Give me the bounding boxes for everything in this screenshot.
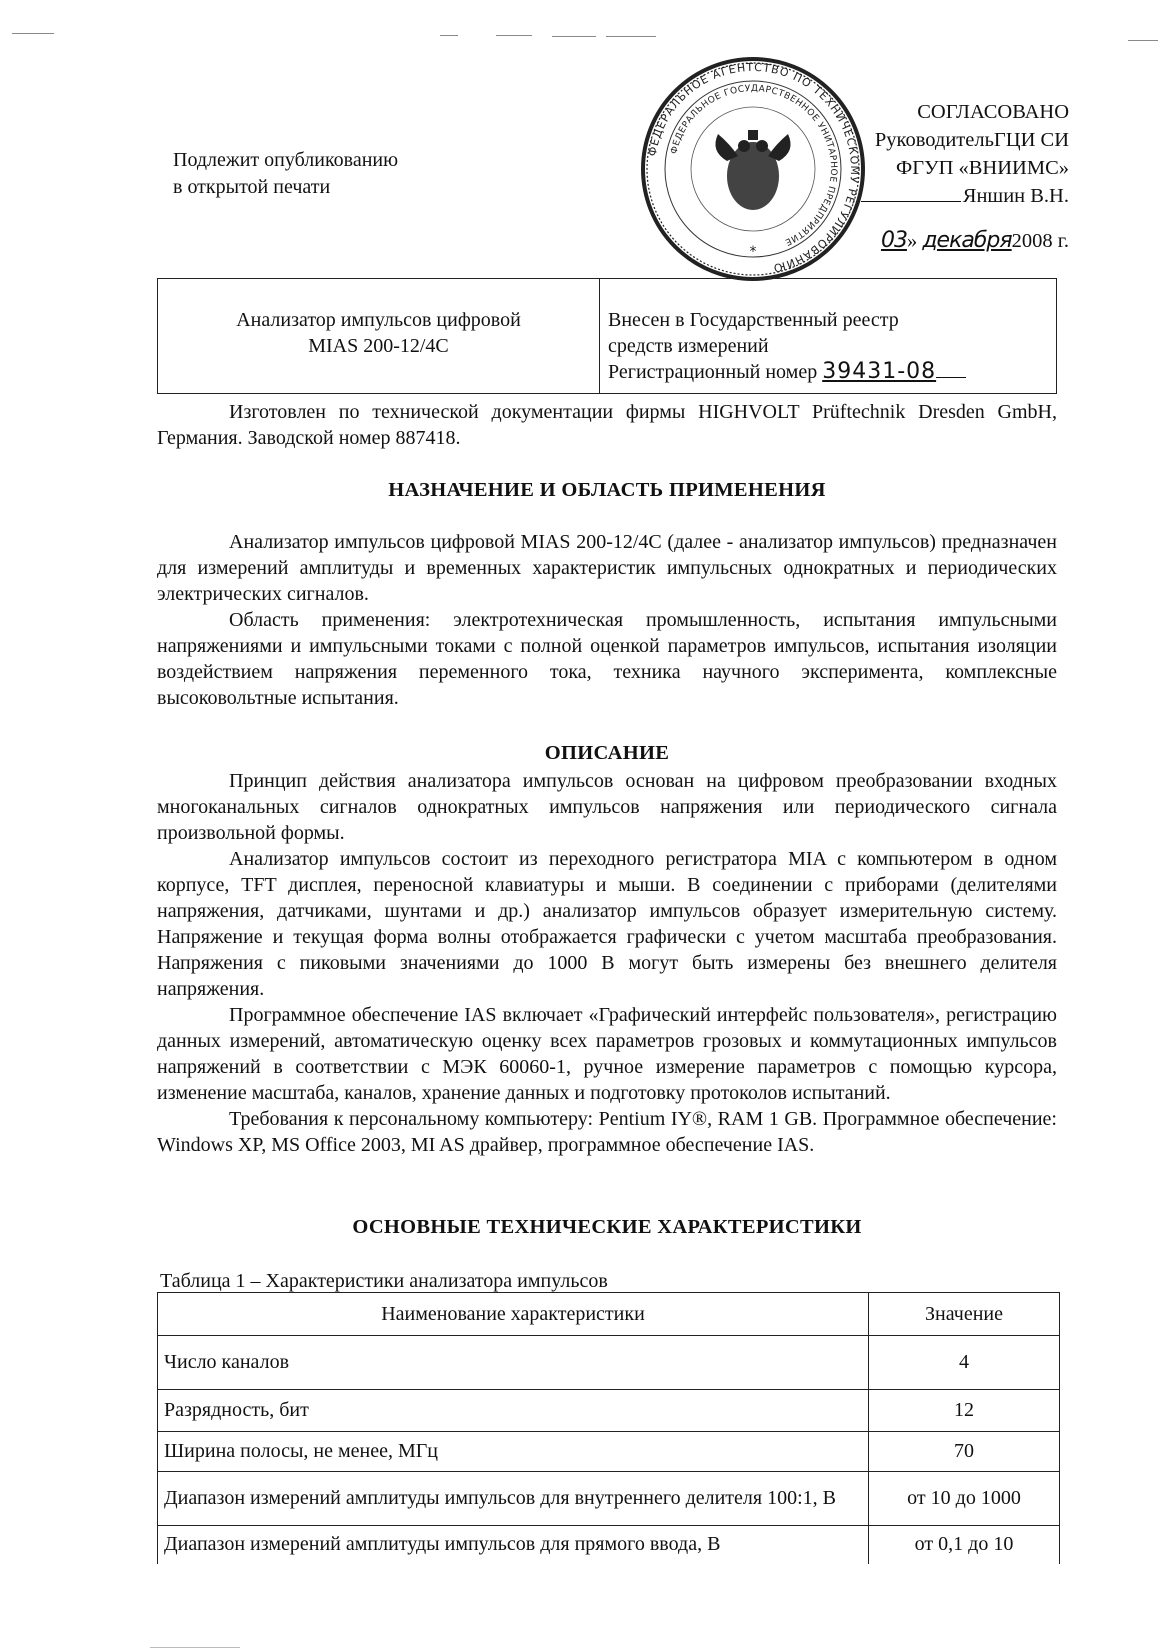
registry-label: Регистрационный номер — [608, 361, 817, 383]
publish-note: Подлежит опубликованию в открытой печати — [173, 147, 398, 201]
paragraph: Анализатор импульсов состоит из переходн… — [157, 846, 1057, 1002]
date-day: 03 — [881, 228, 907, 253]
spec-name: Ширина полосы, не менее, МГц — [158, 1432, 869, 1472]
table-row: Ширина полосы, не менее, МГц 70 — [158, 1432, 1060, 1472]
spec-name: Диапазон измерений амплитуды импульсов д… — [158, 1472, 869, 1526]
paragraph: Область применения: электротехническая п… — [157, 607, 1057, 711]
table-row: Разрядность, бит 12 — [158, 1390, 1060, 1432]
official-stamp-icon: ФЕДЕРАЛЬНОЕ АГЕНТСТВО ПО ТЕХНИЧЕСКОМУ РЕ… — [640, 56, 866, 282]
paragraph: Анализатор импульсов цифровой MIAS 200-1… — [157, 529, 1057, 607]
approval-date: 03» декабря2008 г. — [881, 228, 1069, 253]
table-header-row: Наименование характеристики Значение — [158, 1293, 1060, 1336]
spec-value: 12 — [869, 1390, 1060, 1432]
description-body: Принцип действия анализатора импульсов о… — [157, 768, 1057, 1158]
scan-artifact — [496, 35, 532, 36]
column-header-value: Значение — [869, 1293, 1060, 1336]
registry-number: 39431-08 — [822, 359, 936, 384]
registration-box: Анализатор импульсов цифровой MIAS 200-1… — [157, 278, 1057, 394]
table-row: Число каналов 4 — [158, 1336, 1060, 1390]
svg-text:*: * — [750, 244, 757, 260]
scan-artifact — [440, 35, 458, 36]
registry-number-row: Регистрационный номер 39431-08 — [608, 359, 1056, 385]
approval-title: СОГЛАСОВАНО — [861, 98, 1069, 126]
approval-block: СОГЛАСОВАНО РуководительГЦИ СИ ФГУП «ВНИ… — [861, 98, 1069, 210]
device-name: Анализатор импульсов цифровой — [158, 307, 599, 333]
approval-organization: ФГУП «ВНИИМС» — [861, 154, 1069, 182]
section-title-specs: ОСНОВНЫЕ ТЕХНИЧЕСКИЕ ХАРАКТЕРИСТИКИ — [157, 1216, 1057, 1239]
date-year: 2008 г. — [1012, 230, 1069, 252]
underline — [936, 377, 966, 378]
spec-name: Диапазон измерений амплитуды импульсов д… — [158, 1526, 869, 1564]
scan-artifact — [12, 33, 54, 34]
spec-name: Число каналов — [158, 1336, 869, 1390]
manufacturer-paragraph: Изготовлен по технической документации ф… — [157, 399, 1057, 451]
scan-artifact — [552, 36, 596, 37]
paragraph: Принцип действия анализатора импульсов о… — [157, 768, 1057, 846]
date-quote: » — [907, 230, 917, 252]
approval-position: РуководительГЦИ СИ — [861, 126, 1069, 154]
section-title-purpose: НАЗНАЧЕНИЕ И ОБЛАСТЬ ПРИМЕНЕНИЯ — [157, 479, 1057, 502]
signature-line — [861, 200, 961, 202]
date-month: декабря — [922, 228, 1011, 253]
device-model: MIAS 200-12/4С — [158, 333, 599, 359]
paragraph: Программное обеспечение IAS включает «Гр… — [157, 1002, 1057, 1106]
scan-artifact — [1128, 40, 1158, 41]
table-caption: Таблица 1 – Характеристики анализатора и… — [160, 1270, 608, 1293]
scan-artifact — [606, 36, 656, 37]
section-title-description: ОПИСАНИЕ — [157, 742, 1057, 765]
spec-value: от 0,1 до 10 — [869, 1526, 1060, 1564]
paragraph: Требования к персональному компьютеру: P… — [157, 1106, 1057, 1158]
signatory-name: Яншин В.Н. — [963, 185, 1069, 207]
publish-note-line: в открытой печати — [173, 174, 398, 201]
specs-table: Наименование характеристики Значение Чис… — [157, 1292, 1060, 1564]
spec-value: 4 — [869, 1336, 1060, 1390]
spec-value: 70 — [869, 1432, 1060, 1472]
column-header-name: Наименование характеристики — [158, 1293, 869, 1336]
spec-value: от 10 до 1000 — [869, 1472, 1060, 1526]
registry-line: средств измерений — [608, 333, 1056, 359]
spec-name: Разрядность, бит — [158, 1390, 869, 1432]
table-row: Диапазон измерений амплитуды импульсов д… — [158, 1472, 1060, 1526]
purpose-body: Анализатор импульсов цифровой MIAS 200-1… — [157, 529, 1057, 711]
table-row: Диапазон измерений амплитуды импульсов д… — [158, 1526, 1060, 1564]
publish-note-line: Подлежит опубликованию — [173, 147, 398, 174]
registry-cell: Внесен в Государственный реестр средств … — [600, 279, 1056, 393]
manufacturer-text: Изготовлен по технической документации ф… — [157, 399, 1057, 451]
approval-signatory: Яншин В.Н. — [861, 182, 1069, 210]
registry-line: Внесен в Государственный реестр — [608, 307, 1056, 333]
device-name-cell: Анализатор импульсов цифровой MIAS 200-1… — [158, 279, 600, 393]
